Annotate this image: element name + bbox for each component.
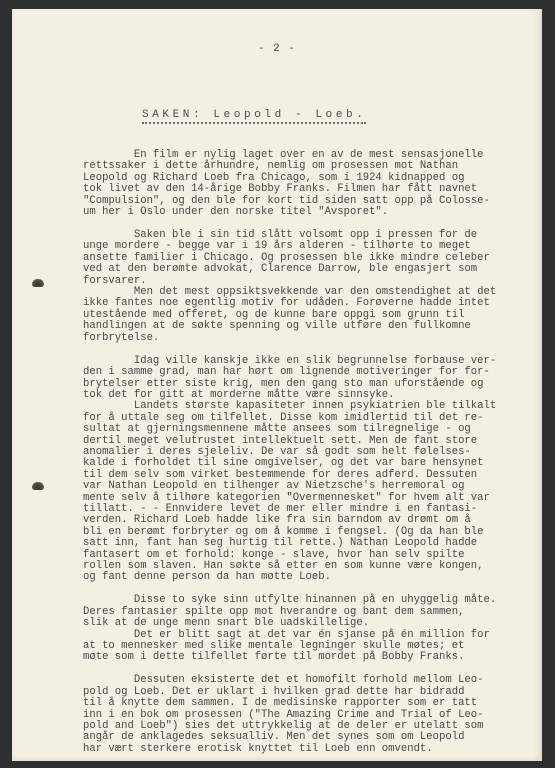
paragraph: Det er blitt sagt at det var én sjanse p… (83, 630, 542, 664)
paragraph: Idag ville kanskje ikke en slik begrunne… (83, 356, 542, 402)
text-line: sultat at gjerningsmennene måtte ansees … (83, 424, 542, 435)
text-line: tok livet av den 14-årige Bobby Franks. … (83, 184, 542, 195)
text-line: handlingen at de søkte spenning og ville… (83, 321, 542, 332)
paragraph: Landets største kapasiteter innen psykia… (83, 401, 542, 584)
page-title: SAKEN: Leopold - Loeb. (142, 109, 366, 124)
text-line: var Nathan Leopold en tilhenger av Nietz… (83, 481, 542, 492)
document-body: En film er nylig laget over en av de mes… (83, 150, 542, 755)
page-number: - 2 - (12, 43, 542, 55)
text-line: um her i Oslo under den norske titel "Av… (83, 207, 542, 218)
text-line: møte som i dette tilfellet førte til mor… (83, 652, 542, 663)
punch-hole-icon (32, 482, 44, 490)
document-page: - 2 - SAKEN: Leopold - Loeb. En film er … (12, 9, 542, 761)
text-line: til å knytte dem sammen. I de medisinske… (83, 698, 542, 709)
text-line: Landets største kapasiteter innen psykia… (83, 401, 542, 412)
text-line: satt inn, fant han seg hurtig til rette.… (83, 538, 542, 549)
punch-hole-icon (32, 279, 44, 287)
paragraph: Men det mest oppsiktsvekkende var den om… (83, 287, 542, 344)
text-line: den i samme grad, man har hørt om lignen… (83, 367, 542, 378)
text-line: ved at den berømte advokat, Clarence Dar… (83, 264, 542, 275)
paragraph: Disse to syke sinn utfylte hinannen på e… (83, 595, 542, 629)
paragraph: Dessuten eksisterte det et homofilt forh… (83, 675, 542, 755)
text-line: og fant denne person da han møtte Loeb. (83, 572, 542, 583)
paragraph: En film er nylig laget over en av de mes… (83, 150, 542, 218)
text-line: har vært sterkere erotisk knyttet til Lo… (83, 744, 542, 755)
text-line: forbrytelse. (83, 333, 542, 344)
paragraph: Saken ble i sin tid slått volsomt opp i … (83, 230, 542, 287)
text-line: slik at de unge menn snart ble uadskille… (83, 618, 542, 629)
